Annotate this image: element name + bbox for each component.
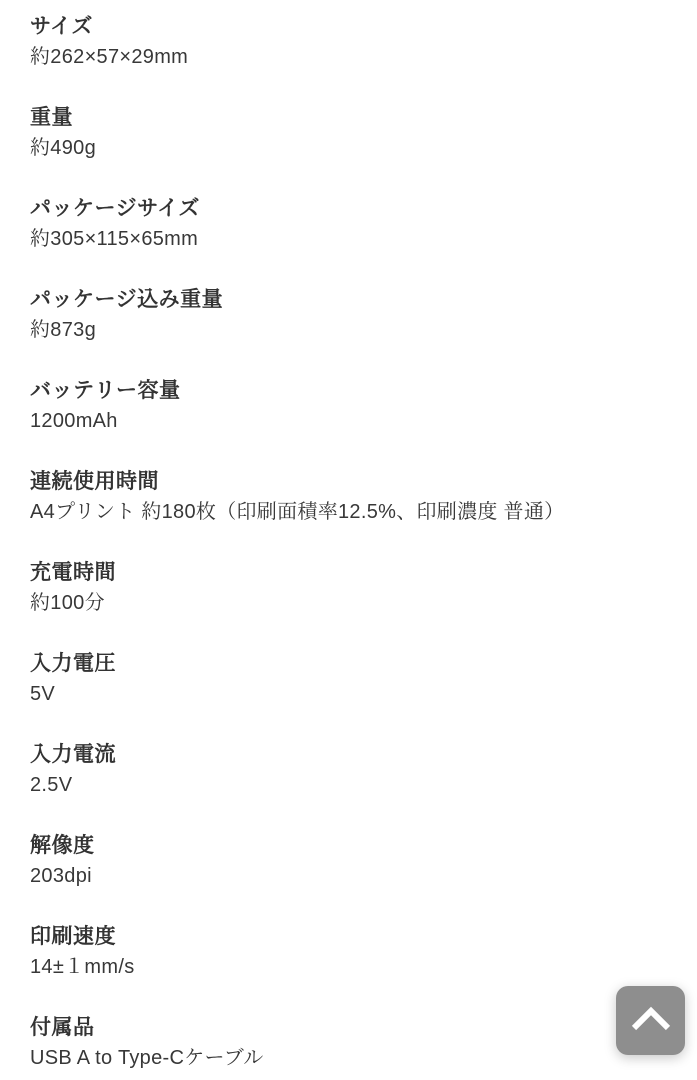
- spec-label: 付属品: [30, 1014, 667, 1042]
- spec-item-size: サイズ 約262×57×29mm: [30, 13, 667, 71]
- spec-value: 約873g: [30, 317, 667, 344]
- spec-value: 約100分: [30, 590, 667, 617]
- spec-item-input-current: 入力電流 2.5V: [30, 741, 667, 799]
- spec-item-battery-capacity: バッテリー容量 1200mAh: [30, 377, 667, 435]
- spec-label: 重量: [30, 104, 667, 132]
- spec-list: サイズ 約262×57×29mm 重量 約490g パッケージサイズ 約305×…: [0, 0, 697, 1072]
- spec-value: 203dpi: [30, 863, 667, 890]
- spec-value: 5V: [30, 681, 667, 708]
- spec-item-input-voltage: 入力電圧 5V: [30, 650, 667, 708]
- spec-item-accessories: 付属品 USB A to Type-Cケーブル: [30, 1014, 667, 1072]
- spec-value: 約490g: [30, 135, 667, 162]
- spec-value: A4プリント 約180枚（印刷面積率12.5%、印刷濃度 普通）: [30, 499, 667, 526]
- spec-label: パッケージ込み重量: [30, 286, 667, 314]
- spec-value: 14±１mm/s: [30, 954, 667, 981]
- spec-item-print-speed: 印刷速度 14±１mm/s: [30, 923, 667, 981]
- spec-label: 入力電圧: [30, 650, 667, 678]
- spec-item-charging-time: 充電時間 約100分: [30, 559, 667, 617]
- spec-label: 連続使用時間: [30, 468, 667, 496]
- spec-label: 解像度: [30, 832, 667, 860]
- spec-value: USB A to Type-Cケーブル: [30, 1045, 667, 1072]
- spec-label: 印刷速度: [30, 923, 667, 951]
- spec-item-resolution: 解像度 203dpi: [30, 832, 667, 890]
- spec-label: パッケージサイズ: [30, 195, 667, 223]
- spec-item-weight: 重量 約490g: [30, 104, 667, 162]
- spec-value: 1200mAh: [30, 408, 667, 435]
- scroll-to-top-button[interactable]: [616, 986, 685, 1055]
- spec-item-package-size: パッケージサイズ 約305×115×65mm: [30, 195, 667, 253]
- spec-item-continuous-use-time: 連続使用時間 A4プリント 約180枚（印刷面積率12.5%、印刷濃度 普通）: [30, 468, 667, 526]
- spec-label: 充電時間: [30, 559, 667, 587]
- spec-value: 約262×57×29mm: [30, 44, 667, 71]
- chevron-up-icon: [629, 1006, 673, 1035]
- spec-label: サイズ: [30, 13, 667, 41]
- spec-value: 約305×115×65mm: [30, 226, 667, 253]
- spec-label: バッテリー容量: [30, 377, 667, 405]
- spec-label: 入力電流: [30, 741, 667, 769]
- spec-value: 2.5V: [30, 772, 667, 799]
- spec-item-package-weight: パッケージ込み重量 約873g: [30, 286, 667, 344]
